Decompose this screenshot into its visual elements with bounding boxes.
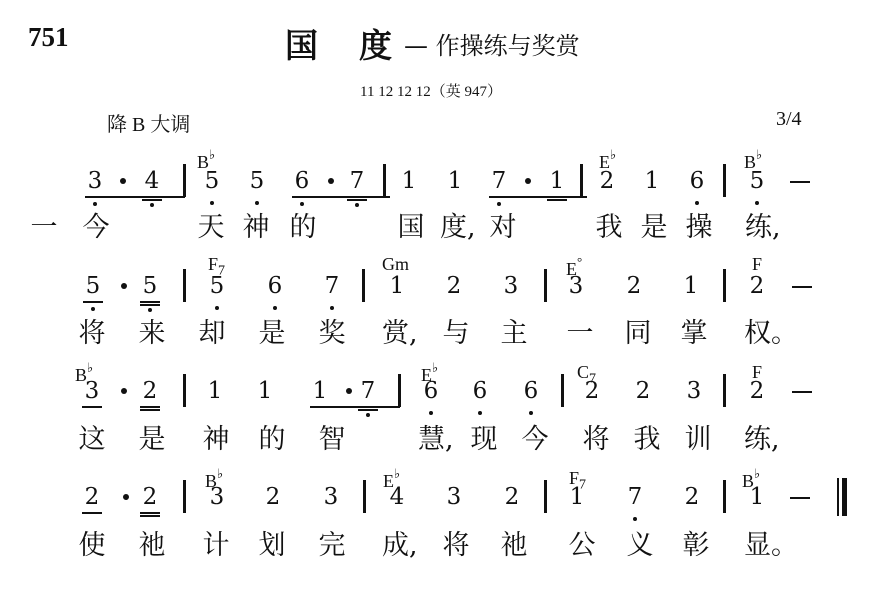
note: 2 xyxy=(261,484,285,510)
augmentation-dot xyxy=(120,178,126,184)
lyric-char: 对 xyxy=(487,212,519,244)
note: 1 xyxy=(308,378,332,404)
lyric-char: 是 xyxy=(136,424,168,456)
note: 2 xyxy=(622,273,646,299)
lyric-char: 义 xyxy=(624,530,656,562)
note: 3 xyxy=(80,378,104,404)
augmentation-dot xyxy=(328,178,334,184)
note: 7 xyxy=(623,484,647,510)
chord-symbol: F xyxy=(752,255,762,273)
lyric-char: 将 xyxy=(76,318,108,350)
lyric-char: 国 xyxy=(395,212,427,244)
lyric-char: 主 xyxy=(498,318,530,350)
lyric-char: 现 xyxy=(468,424,500,456)
lyric-char: 同 xyxy=(622,318,654,350)
title-char-1: 国 xyxy=(285,20,359,67)
note: 3 xyxy=(564,273,588,299)
note: 6 xyxy=(468,378,492,404)
note: 1 xyxy=(679,273,703,299)
lyric-char: 练, xyxy=(744,424,776,456)
low-octave-dot xyxy=(529,411,533,415)
note: 2 xyxy=(580,378,604,404)
sustain-dash xyxy=(790,181,810,183)
lyric-char: 一 xyxy=(564,318,596,350)
note: 3 xyxy=(83,168,107,194)
final-barline-thin xyxy=(837,478,839,516)
low-octave-dot xyxy=(695,201,699,205)
bar-line xyxy=(723,269,726,302)
hymn-title: 国度 xyxy=(285,20,394,67)
note: 4 xyxy=(385,484,409,510)
augmentation-dot xyxy=(121,388,127,394)
note: 1 xyxy=(565,484,589,510)
bar-line xyxy=(363,480,366,513)
note: 6 xyxy=(519,378,543,404)
note: 2 xyxy=(138,378,162,404)
note: 2 xyxy=(745,273,769,299)
lyric-char: 将 xyxy=(440,530,472,562)
bar-line xyxy=(183,480,186,513)
lyric-char: 祂 xyxy=(136,530,168,562)
augmentation-dot xyxy=(525,178,531,184)
sustain-dash xyxy=(790,497,810,499)
note: 3 xyxy=(682,378,706,404)
lyric-char: 奖 xyxy=(316,318,348,350)
lyric-char: 来 xyxy=(136,318,168,350)
low-octave-dot xyxy=(255,201,259,205)
augmentation-dot xyxy=(123,494,129,500)
hymn-number: 751 xyxy=(28,22,69,53)
low-octave-dot xyxy=(330,306,334,310)
low-octave-dot xyxy=(150,203,154,207)
note: 3 xyxy=(442,484,466,510)
note: 2 xyxy=(631,378,655,404)
low-octave-dot xyxy=(497,202,501,206)
lyric-char: 我 xyxy=(631,424,663,456)
lyric-char: 练, xyxy=(745,212,777,244)
sustain-dash xyxy=(792,286,812,288)
eighth-underline xyxy=(310,406,400,408)
note: 3 xyxy=(319,484,343,510)
lyric-char: 赏, xyxy=(382,318,414,350)
note: 1 xyxy=(545,168,569,194)
lyric-char: 今 xyxy=(80,212,112,244)
lyric-char: 操 xyxy=(683,212,715,244)
bar-line xyxy=(723,164,726,197)
bar-line xyxy=(362,269,365,302)
lyric-char: 计 xyxy=(200,530,232,562)
bar-line xyxy=(580,164,583,197)
lyric-char: 公 xyxy=(566,530,598,562)
bar-line xyxy=(383,164,386,197)
note: 2 xyxy=(500,484,524,510)
sixteenth-underline xyxy=(140,304,160,306)
note: 1 xyxy=(253,378,277,404)
bar-line xyxy=(183,269,186,302)
note: 5 xyxy=(81,273,105,299)
bar-line xyxy=(544,269,547,302)
low-octave-dot xyxy=(355,203,359,207)
low-octave-dot xyxy=(478,411,482,415)
lyric-char: 的 xyxy=(287,212,319,244)
lyric-char: 神 xyxy=(200,424,232,456)
eighth-underline xyxy=(82,406,102,408)
lyric-char: 今 xyxy=(519,424,551,456)
bar-line xyxy=(183,164,186,197)
hymn-subtitle: — 作操练与奖赏 xyxy=(404,26,580,61)
note: 1 xyxy=(203,378,227,404)
sixteenth-underline xyxy=(358,409,378,411)
low-octave-dot xyxy=(148,308,152,312)
note: 6 xyxy=(263,273,287,299)
lyric-char: 慧, xyxy=(418,424,450,456)
note: 7 xyxy=(356,378,380,404)
lyric-char: 神 xyxy=(240,212,272,244)
note: 6 xyxy=(419,378,443,404)
low-octave-dot xyxy=(93,202,97,206)
low-octave-dot xyxy=(300,202,304,206)
low-octave-dot xyxy=(366,413,370,417)
low-octave-dot xyxy=(91,307,95,311)
low-octave-dot xyxy=(633,517,637,521)
eighth-underline xyxy=(82,512,102,514)
note: 2 xyxy=(138,484,162,510)
note: 5 xyxy=(745,168,769,194)
note: 5 xyxy=(200,168,224,194)
bar-line xyxy=(723,480,726,513)
bar-line xyxy=(561,374,564,407)
eighth-underline xyxy=(140,512,160,514)
lyric-char: 一 xyxy=(28,212,60,244)
note: 1 xyxy=(397,168,421,194)
lyric-char: 与 xyxy=(440,318,472,350)
augmentation-dot xyxy=(121,283,127,289)
bar-line xyxy=(183,374,186,407)
note: 5 xyxy=(205,273,229,299)
note: 7 xyxy=(487,168,511,194)
note: 1 xyxy=(443,168,467,194)
lyric-char: 天 xyxy=(195,212,227,244)
lyric-char: 是 xyxy=(256,318,288,350)
bar-line xyxy=(398,374,401,407)
note: 7 xyxy=(320,273,344,299)
note: 7 xyxy=(345,168,369,194)
note: 3 xyxy=(205,484,229,510)
low-octave-dot xyxy=(273,306,277,310)
sixteenth-underline xyxy=(347,199,367,201)
eighth-underline xyxy=(83,301,103,303)
note: 6 xyxy=(685,168,709,194)
eighth-underline xyxy=(489,196,587,198)
low-octave-dot xyxy=(755,201,759,205)
bar-line xyxy=(544,480,547,513)
lyric-char: 权。 xyxy=(744,318,776,350)
lyric-char: 划 xyxy=(256,530,288,562)
lyric-char: 将 xyxy=(580,424,612,456)
bar-line xyxy=(723,374,726,407)
note: 4 xyxy=(140,168,164,194)
note: 2 xyxy=(595,168,619,194)
time-signature: 3/4 xyxy=(776,108,802,131)
lyric-char: 训 xyxy=(682,424,714,456)
augmentation-dot xyxy=(346,388,352,394)
lyric-char: 我 xyxy=(593,212,625,244)
lyric-char: 显。 xyxy=(744,530,776,562)
sixteenth-underline xyxy=(140,409,160,411)
title-char-2: 度 xyxy=(359,26,394,65)
eighth-underline xyxy=(140,301,160,303)
lyric-char: 使 xyxy=(76,530,108,562)
note: 1 xyxy=(385,273,409,299)
lyric-char: 完 xyxy=(316,530,348,562)
eighth-underline xyxy=(85,196,185,198)
low-octave-dot xyxy=(429,411,433,415)
sixteenth-underline xyxy=(547,199,567,201)
note: 1 xyxy=(745,484,769,510)
sixteenth-underline xyxy=(142,199,162,201)
lyric-char: 度, xyxy=(440,212,472,244)
note: 1 xyxy=(640,168,664,194)
final-barline-thick xyxy=(842,478,847,516)
low-octave-dot xyxy=(215,306,219,310)
note: 3 xyxy=(499,273,523,299)
note: 2 xyxy=(745,378,769,404)
lyric-char: 掌 xyxy=(678,318,710,350)
lyric-char: 的 xyxy=(256,424,288,456)
lyric-char: 彰 xyxy=(680,530,712,562)
chord-symbol: Gm xyxy=(382,255,409,273)
lyric-char: 是 xyxy=(638,212,670,244)
lyric-char: 祂 xyxy=(498,530,530,562)
lyric-char: 成, xyxy=(382,530,414,562)
note: 5 xyxy=(138,273,162,299)
note: 5 xyxy=(245,168,269,194)
lyric-char: 这 xyxy=(76,424,108,456)
note: 2 xyxy=(442,273,466,299)
lyric-char: 却 xyxy=(196,318,228,350)
eighth-underline xyxy=(140,406,160,408)
note: 6 xyxy=(290,168,314,194)
key-signature: 降 B 大调 xyxy=(107,108,190,137)
eighth-underline xyxy=(292,196,390,198)
lyric-char: 智 xyxy=(316,424,348,456)
meter-info: 11 12 12 12（英 947） xyxy=(360,80,502,101)
low-octave-dot xyxy=(210,201,214,205)
note: 2 xyxy=(680,484,704,510)
sustain-dash xyxy=(792,391,812,393)
note: 2 xyxy=(80,484,104,510)
sixteenth-underline xyxy=(140,515,160,517)
